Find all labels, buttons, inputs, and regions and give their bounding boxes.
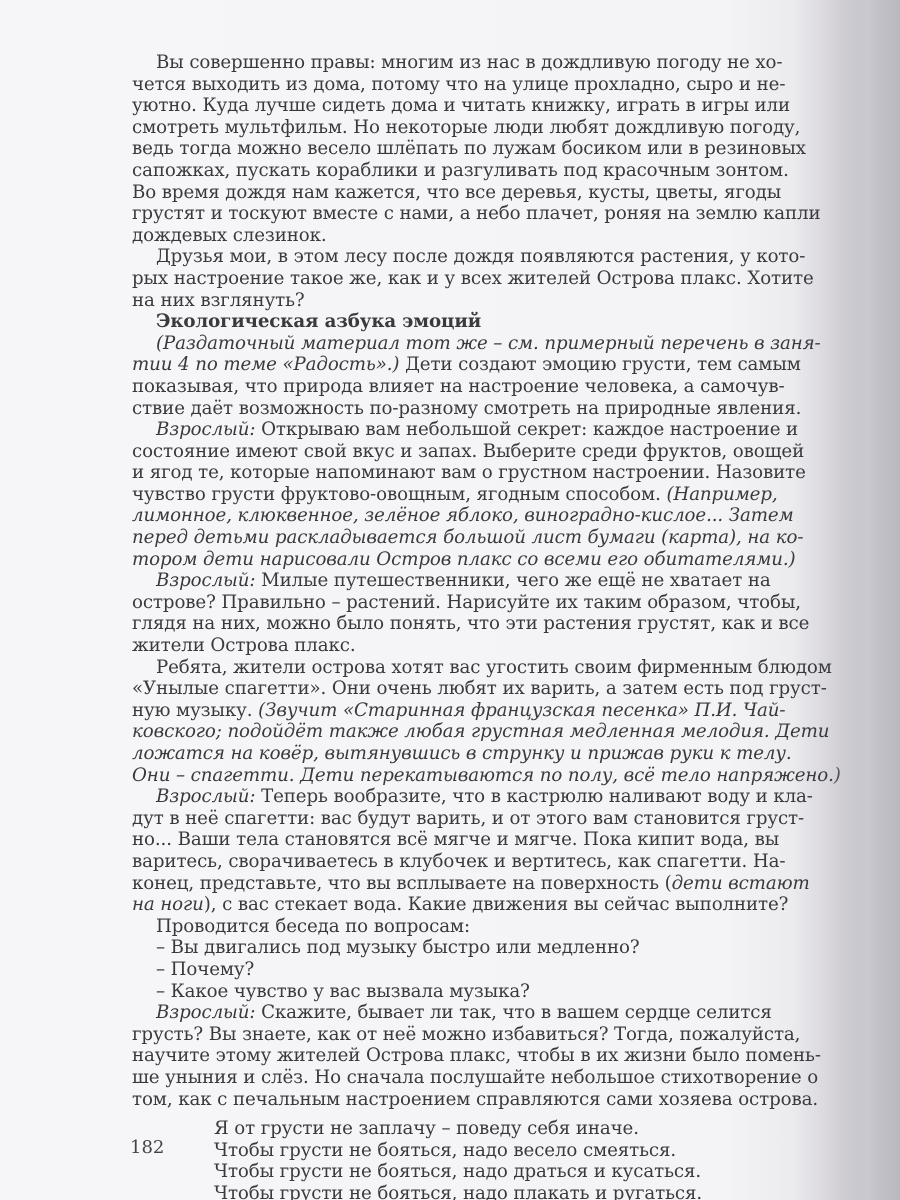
text-segment: ), с вас стекает вода. Какие движения вы… [204, 894, 789, 915]
text-line: ше уныния и слёз. Но сначала послушайте … [132, 1067, 892, 1089]
text-line: сапожках, пускать кораблики и разгуливат… [132, 160, 892, 182]
italic-text: ковского; подойдёт также любая грустная … [132, 721, 829, 742]
text-line: Вы совершенно правы: многим из нас в дож… [132, 52, 892, 74]
text-line: том, как с печальным настроением справля… [132, 1089, 892, 1111]
italic-text: (Раздаточный материал тот же – см. приме… [156, 333, 821, 354]
text-line: Экологическая азбука эмоций [132, 311, 892, 333]
italic-text: на ноги [132, 894, 204, 915]
text-line: Они – спагетти. Дети перекатываются по п… [132, 765, 892, 787]
italic-text: (Например, [666, 484, 777, 505]
text-line: – Какое чувство у вас вызвала музыка? [132, 981, 892, 1003]
text-segment: Вы совершенно правы: многим из нас в дож… [156, 52, 782, 73]
italic-text: Взрослый: [156, 786, 255, 807]
text-segment: Ребята, жители острова хотят вас угостит… [156, 657, 832, 678]
text-line: Ребята, жители острова хотят вас угостит… [132, 657, 892, 679]
text-segment: ствие даёт возможность по-разному смотре… [132, 398, 801, 419]
text-segment: уютно. Куда лучше сидеть дома и читать к… [132, 95, 790, 116]
text-line: смотреть мультфильм. Но некоторые люди л… [132, 117, 892, 139]
text-segment: Друзья мои, в этом лесу после дождя появ… [156, 246, 805, 267]
italic-text: тии 4 по теме «Радость».) [132, 354, 399, 375]
text-line: уютно. Куда лучше сидеть дома и читать к… [132, 95, 892, 117]
text-segment: Милые путешественники, чего же ещё не хв… [255, 570, 770, 591]
text-line: тором дети нарисовали Остров плакс со вс… [132, 549, 892, 571]
text-segment: конец, представьте, что вы всплываете на… [132, 873, 672, 894]
text-segment: дождевых слезинок. [132, 225, 327, 246]
text-line: но... Ваши тела становятся всё мягче и м… [132, 829, 892, 851]
text-line: ковского; подойдёт также любая грустная … [132, 721, 892, 743]
text-segment: Проводится беседа по вопросам: [156, 916, 470, 937]
text-segment: Дети создают эмоцию грусти, тем самым [399, 354, 800, 375]
text-segment: жители Острова плакс. [132, 635, 356, 656]
text-line: – Вы двигались под музыку быстро или мед… [132, 937, 892, 959]
text-segment: ную музыку. [132, 700, 258, 721]
text-line: варитесь, сворачиваетесь в клубочек и ве… [132, 851, 892, 873]
poem-line: Чтобы грусти не бояться, надо весело сме… [132, 1140, 892, 1162]
text-line: ложатся на ковёр, вытянувшись в струнку … [132, 743, 892, 765]
text-line: Проводится беседа по вопросам: [132, 916, 892, 938]
text-line: на ноги), с вас стекает вода. Какие движ… [132, 894, 892, 916]
text-segment: – Какое чувство у вас вызвала музыка? [156, 981, 530, 1002]
text-segment: грусть? Вы знаете, как от неё можно изба… [132, 1024, 800, 1045]
text-segment: научите этому жителей Острова плакс, что… [132, 1045, 821, 1066]
text-segment: – Вы двигались под музыку быстро или мед… [156, 937, 640, 958]
text-segment: Открываю вам небольшой секрет: каждое на… [255, 419, 798, 440]
text-line: лимонное, клюквенное, зелёное яблоко, ви… [132, 505, 892, 527]
italic-text: ложатся на ковёр, вытянувшись в струнку … [132, 743, 792, 764]
text-line: (Раздаточный материал тот же – см. приме… [132, 333, 892, 355]
text-line: жители Острова плакс. [132, 635, 892, 657]
text-line: и ягод те, которые напоминают вам о грус… [132, 462, 892, 484]
text-line: ную музыку. (Звучит «Старинная французск… [132, 700, 892, 722]
text-segment: чувство грусти фруктово-овощным, ягодным… [132, 484, 666, 505]
poem-line: Чтобы грусти не бояться, надо плакать и … [132, 1183, 892, 1200]
text-line: Друзья мои, в этом лесу после дождя появ… [132, 246, 892, 268]
text-line: – Почему? [132, 959, 892, 981]
text-line: «Унылые спагетти». Они очень любят их ва… [132, 678, 892, 700]
italic-text: (Звучит «Старинная французская песенка» … [258, 700, 785, 721]
italic-text: лимонное, клюквенное, зелёное яблоко, ви… [132, 505, 794, 526]
italic-text: Они – спагетти. Дети перекатываются по п… [132, 765, 841, 786]
text-segment: варитесь, сворачиваетесь в клубочек и ве… [132, 851, 785, 872]
text-segment: на них взглянуть? [132, 290, 305, 311]
text-segment: том, как с печальным настроением справля… [132, 1089, 818, 1110]
italic-text: Взрослый: [156, 570, 255, 591]
text-segment: «Унылые спагетти». Они очень любят их ва… [132, 678, 827, 699]
page-number: 182 [130, 1137, 164, 1158]
text-segment: Скажите, бывает ли так, что в вашем серд… [255, 1002, 771, 1023]
spacer [132, 1110, 892, 1118]
text-line: показывая, что природа влияет на настрое… [132, 376, 892, 398]
section-heading: Экологическая азбука эмоций [156, 311, 481, 332]
italic-text: Взрослый: [156, 1002, 255, 1023]
text-segment: Теперь вообразите, что в кастрюлю налива… [255, 786, 812, 807]
text-line: ведь тогда можно весело шлёпать по лужам… [132, 138, 892, 160]
text-segment: смотреть мультфильм. Но некоторые люди л… [132, 117, 800, 138]
text-line: глядя на них, можно было понять, что эти… [132, 613, 892, 635]
text-segment: острове? Правильно – растений. Нарисуйте… [132, 592, 801, 613]
italic-text: дети встают [672, 873, 810, 894]
text-line: Взрослый: Теперь вообразите, что в кастр… [132, 786, 892, 808]
text-line: рых настроение такое же, как и у всех жи… [132, 268, 892, 290]
text-segment: ше уныния и слёз. Но сначала послушайте … [132, 1067, 818, 1088]
text-segment: состояние имеют свой вкус и запах. Выбер… [132, 441, 804, 462]
text-line: острове? Правильно – растений. Нарисуйте… [132, 592, 892, 614]
text-segment: – Почему? [156, 959, 254, 980]
text-line: состояние имеют свой вкус и запах. Выбер… [132, 441, 892, 463]
text-segment: показывая, что природа влияет на настрое… [132, 376, 785, 397]
text-line: грустят и тоскуют вместе с нами, а небо … [132, 203, 892, 225]
text-line: на них взглянуть? [132, 290, 892, 312]
text-line: Во время дождя нам кажется, что все дере… [132, 182, 892, 204]
text-line: перед детьми раскладывается большой лист… [132, 527, 892, 549]
text-segment: глядя на них, можно было понять, что эти… [132, 613, 809, 634]
poem-line: Я от грусти не заплачу – поведу себя ина… [132, 1118, 892, 1140]
text-segment: сапожках, пускать кораблики и разгуливат… [132, 160, 789, 181]
text-line: чется выходить из дома, потому что на ул… [132, 74, 892, 96]
text-line: чувство грусти фруктово-овощным, ягодным… [132, 484, 892, 506]
text-segment: Во время дождя нам кажется, что все дере… [132, 182, 781, 203]
text-line: Взрослый: Открываю вам небольшой секрет:… [132, 419, 892, 441]
text-line: ствие даёт возможность по-разному смотре… [132, 398, 892, 420]
text-line: Взрослый: Скажите, бывает ли так, что в … [132, 1002, 892, 1024]
page-body-text: Вы совершенно правы: многим из нас в дож… [132, 52, 892, 1200]
text-segment: но... Ваши тела становятся всё мягче и м… [132, 829, 779, 850]
italic-text: тором дети нарисовали Остров плакс со вс… [132, 549, 796, 570]
text-line: тии 4 по теме «Радость».) Дети создают э… [132, 354, 892, 376]
book-page: Вы совершенно правы: многим из нас в дож… [0, 0, 900, 1200]
text-segment: чется выходить из дома, потому что на ул… [132, 74, 785, 95]
text-segment: ведь тогда можно весело шлёпать по лужам… [132, 138, 806, 159]
italic-text: перед детьми раскладывается большой лист… [132, 527, 803, 548]
text-segment: рых настроение такое же, как и у всех жи… [132, 268, 814, 289]
text-segment: дут в неё спагетти: вас будут варить, и … [132, 808, 804, 829]
italic-text: Взрослый: [156, 419, 255, 440]
text-line: грусть? Вы знаете, как от неё можно изба… [132, 1024, 892, 1046]
text-segment: и ягод те, которые напоминают вам о грус… [132, 462, 806, 483]
poem-line: Чтобы грусти не бояться, надо драться и … [132, 1161, 892, 1183]
text-line: Взрослый: Милые путешественники, чего же… [132, 570, 892, 592]
text-line: научите этому жителей Острова плакс, что… [132, 1045, 892, 1067]
text-line: дождевых слезинок. [132, 225, 892, 247]
text-line: конец, представьте, что вы всплываете на… [132, 873, 892, 895]
text-line: дут в неё спагетти: вас будут варить, и … [132, 808, 892, 830]
text-segment: грустят и тоскуют вместе с нами, а небо … [132, 203, 821, 224]
